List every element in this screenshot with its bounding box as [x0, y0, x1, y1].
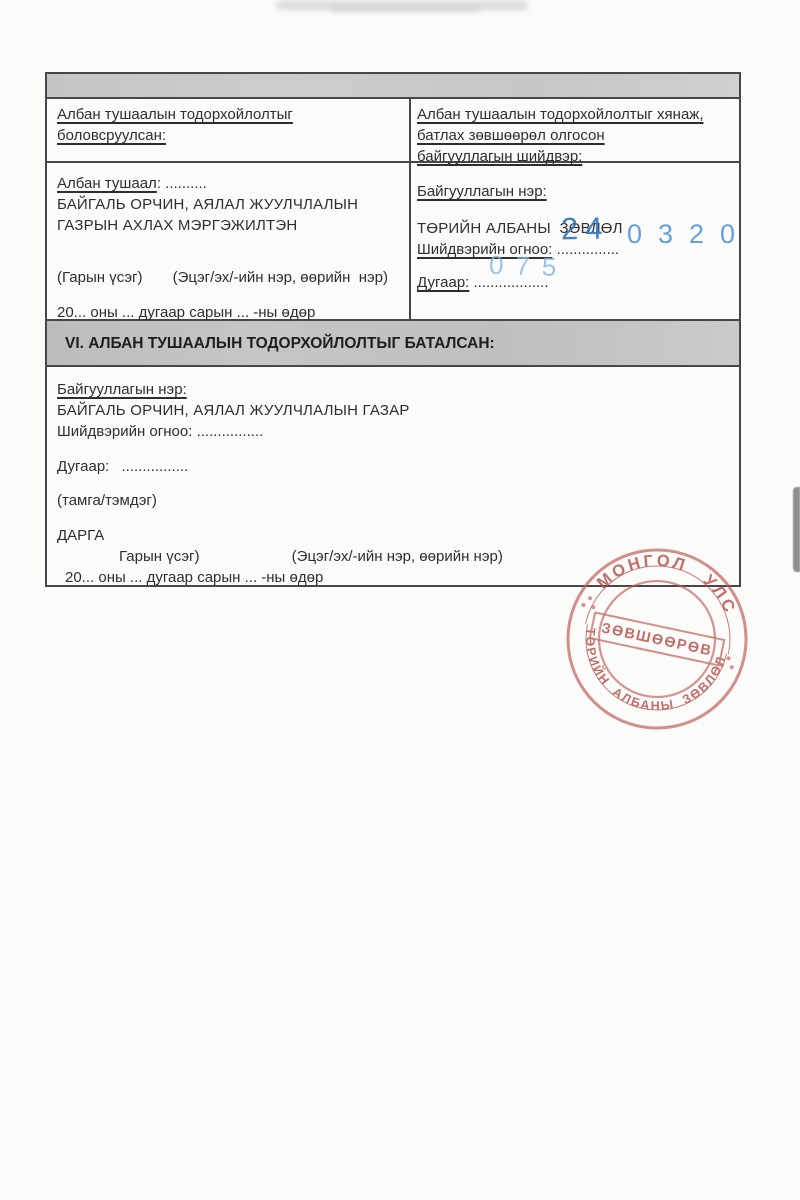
table-header-row: Албан тушаалын тодорхойлолтыг боловсруул… — [47, 99, 739, 163]
approved-by-header-line1: Албан тушаалын тодорхойлолтыг хянаж, — [417, 104, 733, 125]
section6-date-label: Шийдвэрийн огноо: — [57, 423, 192, 440]
approved-by-header-cell: Албан тушаалын тодорхойлолтыг хянаж, бат… — [411, 99, 739, 161]
approval-number-line: Дугаар: .................. — [417, 272, 733, 293]
approval-date-dots: ............... — [557, 241, 620, 258]
signature-hint: (Гарын үсэг) — [57, 269, 142, 286]
section6-org-label: Байгууллагын нэр: — [57, 379, 729, 400]
position-cell: Албан тушаал: .......... БАЙГАЛЬ ОРЧИН, … — [47, 163, 411, 319]
approval-org-label: Байгууллагын нэр: — [417, 181, 733, 202]
approved-by-header-line2: батлах зөвшөөрөл олгосон — [417, 125, 733, 146]
position-name-line1: БАЙГАЛЬ ОРЧИН, АЯЛАЛ ЖУУЛЧЛАЛЫН — [57, 194, 401, 215]
position-signature-line: (Гарын үсэг) (Эцэг/эх/-ийн нэр, өөрийн н… — [57, 267, 401, 288]
full-name-hint: (Эцэг/эх/-ийн нэр, өөрийн нэр) — [173, 269, 388, 286]
section6-header-bar: VI. АЛБАН ТУШААЛЫН ТОДОРХОЙЛОЛТЫГ БАТАЛС… — [47, 321, 739, 367]
approval-number-dots: .................. — [474, 274, 549, 291]
approval-stamp: МОНГОЛ УЛС ТӨРИЙН АЛБАНЫ ЗӨВЛӨЛ ЗӨВШӨӨРӨ… — [561, 543, 753, 735]
table-top-gray-bar — [47, 74, 739, 99]
section6-title: VI. АЛБАН ТУШААЛЫН ТОДОРХОЙЛОЛТЫГ БАТАЛС… — [65, 333, 495, 354]
approval-org-name: ТӨРИЙН АЛБАНЫ ЗӨВЛӨЛ — [417, 218, 733, 239]
approval-cell: Байгууллагын нэр: ТӨРИЙН АЛБАНЫ ЗӨВЛӨЛ Ш… — [411, 163, 739, 319]
job-description-approval-table: Албан тушаалын тодорхойлолтыг боловсруул… — [45, 72, 741, 587]
position-label: Албан тушаал — [57, 175, 157, 192]
section6-number-line: Дугаар: ................ — [57, 456, 729, 477]
developed-by-header-cell: Албан тушаалын тодорхойлолтыг боловсруул… — [47, 99, 411, 161]
section6-number-label: Дугаар: — [57, 458, 109, 475]
section6-stamp-hint: (тамга/тэмдэг) — [57, 490, 729, 511]
signature-hint: Гарын үсэг) — [119, 548, 200, 565]
approval-date-label: Шийдвэрийн огноо: — [417, 241, 552, 258]
approval-stamp-svg: МОНГОЛ УЛС ТӨРИЙН АЛБАНЫ ЗӨВЛӨЛ ЗӨВШӨӨРӨ… — [561, 543, 753, 735]
position-date-template: 20... оны ... дугаар сарын ... -ны өдөр — [57, 302, 401, 323]
position-name-line2: ГАЗРЫН АХЛАХ МЭРГЭЖИЛТЭН — [57, 215, 401, 236]
position-dotted-blank: : .......... — [157, 175, 207, 192]
section6-date-line: Шийдвэрийн огноо: ................ — [57, 421, 729, 442]
scan-bleedthrough-smudge-2 — [330, 7, 480, 13]
approval-date-line: Шийдвэрийн огноо: ............... — [417, 239, 733, 260]
table-content-row: Албан тушаал: .......... БАЙГАЛЬ ОРЧИН, … — [47, 163, 739, 321]
developed-by-header-line2: боловсруулсан: — [57, 125, 401, 146]
position-label-line: Албан тушаал: .......... — [57, 173, 401, 194]
approval-number-label: Дугаар: — [417, 274, 469, 291]
scan-edge-mark — [793, 487, 800, 572]
section6-date-dots: ................ — [197, 423, 264, 440]
full-name-hint: (Эцэг/эх/-ийн нэр, өөрийн нэр) — [292, 548, 503, 565]
section6-number-dots: ................ — [122, 458, 189, 475]
developed-by-header-line1: Албан тушаалын тодорхойлолтыг — [57, 104, 401, 125]
stamp-left-dots-ornament — [581, 595, 597, 610]
section6-org-name: БАЙГАЛЬ ОРЧИН, АЯЛАЛ ЖУУЛЧЛАЛЫН ГАЗАР — [57, 400, 729, 421]
